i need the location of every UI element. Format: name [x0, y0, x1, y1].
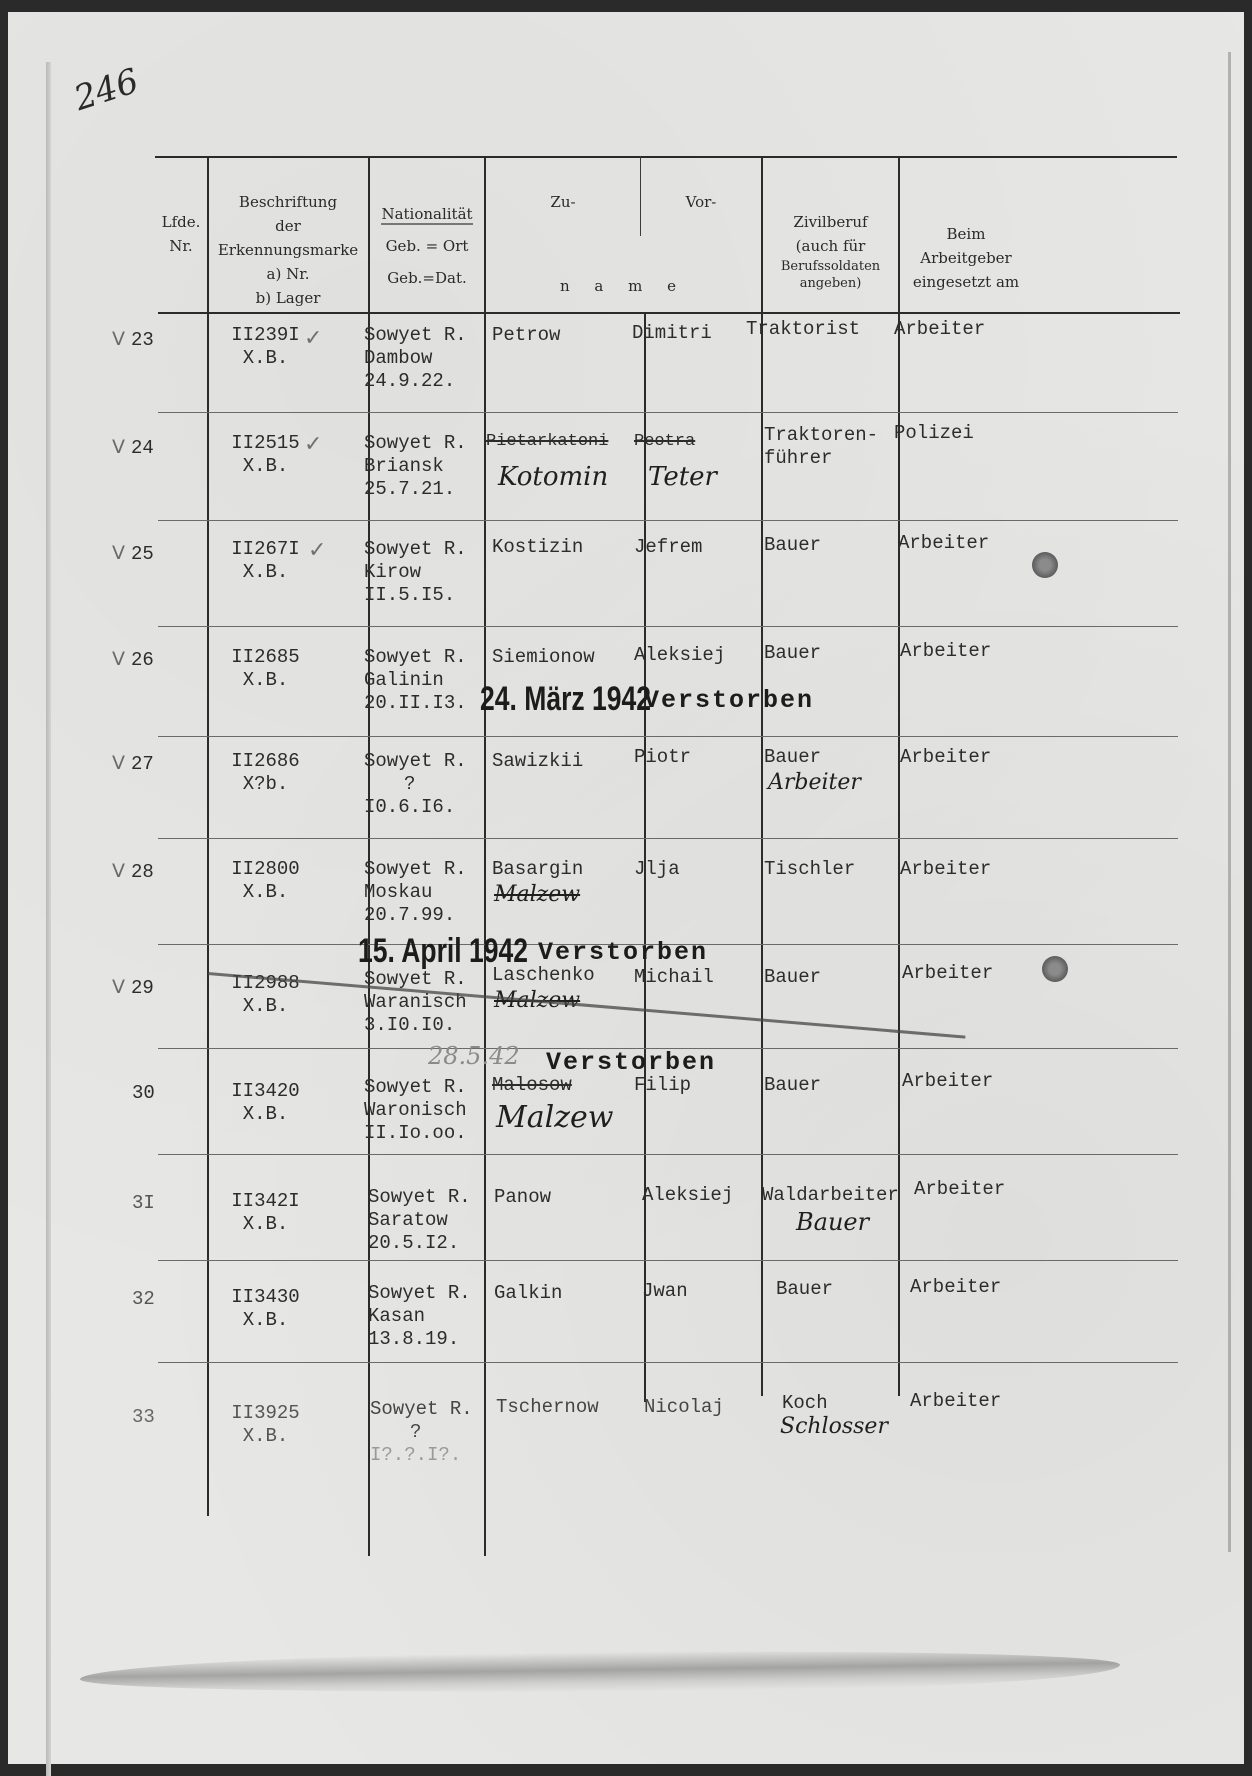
row-number: 33 — [132, 1406, 155, 1429]
row-number: V27 — [112, 752, 154, 776]
surname-cell: Basargin — [492, 858, 583, 881]
employer-cell: Arbeiter — [910, 1390, 1001, 1413]
surname-cell: Sawizkii — [492, 750, 583, 773]
nationality-cell: Sowyet R.Briansk25.7.21. — [364, 432, 467, 501]
row-number: V29 — [112, 976, 154, 1000]
row-separator — [158, 1362, 1178, 1363]
firstname-cell: Filip — [634, 1074, 691, 1097]
document-page: 246 Lfde. Nr. Beschriftung der Erkennung… — [8, 12, 1244, 1764]
firstname-cell: Michail — [634, 966, 714, 989]
firstname-cell: Nicolaj — [644, 1396, 724, 1419]
header-nationalitaet: Nationalität Geb. = Ort Geb.=Dat. — [370, 202, 484, 290]
col-divider-4 — [644, 312, 646, 1402]
occupation-handwritten: Arbeiter — [768, 770, 861, 795]
firstname-cell: Dimitri — [632, 322, 712, 345]
row-number: 30 — [132, 1082, 155, 1105]
employer-cell: Arbeiter — [910, 1276, 1001, 1299]
occupation-cell: Bauer — [776, 1278, 833, 1301]
firstname-struck: Peotra — [634, 430, 695, 453]
header-arbeitgeber: Beim Arbeitgeber eingesetzt am — [900, 222, 1032, 294]
deceased-stamp: Verstorben — [538, 938, 708, 967]
surname-cell: Panow — [494, 1186, 551, 1209]
nationality-cell: Sowyet R.Dambow24.9.22. — [364, 324, 467, 393]
check-icon: ✓ — [304, 432, 322, 457]
header-vorname: Vor- — [642, 190, 760, 214]
nationality-cell: Sowyet R.Moskau20.7.99. — [364, 858, 467, 927]
employer-cell: Arbeiter — [902, 1070, 993, 1093]
occupation-cell: Bauer — [764, 746, 821, 769]
header-zu-vor-divider — [640, 156, 641, 236]
scan-smudge — [80, 1645, 1120, 1700]
death-date-stamp: 24. März 1942 — [480, 680, 651, 719]
header-erkennungsmarke: Beschriftung der Erkennungsmarke a) Nr. … — [208, 190, 368, 310]
nationality-cell: Sowyet R.WaronischII.Io.oo. — [364, 1076, 467, 1145]
marke-cell: II3420X.B. — [208, 1080, 323, 1126]
occupation-cell: Bauer — [764, 966, 821, 989]
nationality-cell: Sowyet R.KirowII.5.I5. — [364, 538, 467, 607]
row-separator — [158, 1154, 1178, 1155]
header-bottom-rule — [158, 312, 1180, 314]
nationality-cell: Sowyet R.Saratow20.5.I2. — [368, 1186, 471, 1255]
firstname-cell: Aleksiej — [642, 1184, 733, 1207]
surname-cell: Galkin — [494, 1282, 562, 1305]
col-divider-6 — [898, 156, 900, 1396]
marke-cell: II2686X?b. — [208, 750, 323, 796]
employer-cell: Arbeiter — [900, 746, 991, 769]
col-divider-5 — [761, 156, 763, 1396]
firstname-cell: Aleksiej — [634, 644, 725, 667]
col-divider-3 — [484, 156, 486, 1556]
surname-cell: Petrow — [492, 324, 560, 347]
firstname-cell: Jlja — [634, 858, 680, 881]
surname-cell: Laschenko — [492, 964, 595, 987]
row-number: V26 — [112, 648, 154, 672]
occupation-cell: Waldarbeiter — [762, 1184, 899, 1207]
employer-cell: Arbeiter — [900, 640, 991, 663]
check-icon: ✓ — [304, 326, 322, 351]
nationality-cell: Sowyet R.Galinin20.II.I3. — [364, 646, 467, 715]
surname-struck: Pietarkatoni — [486, 430, 608, 453]
row-separator — [158, 736, 1178, 737]
occupation-cell: Bauer — [764, 1074, 821, 1097]
surname-cell: Tschernow — [496, 1396, 599, 1419]
employer-cell: Arbeiter — [898, 532, 989, 555]
row-separator — [158, 838, 1178, 839]
marke-cell: II3925X.B. — [208, 1402, 323, 1448]
row-number: 3I — [132, 1192, 155, 1215]
surname-handwritten-struck: Malzew — [494, 882, 580, 907]
punch-hole — [1032, 552, 1058, 578]
occupation-cell: Koch — [782, 1392, 828, 1415]
employer-cell: Arbeiter — [914, 1178, 1005, 1201]
deceased-stamp: Verstorben — [644, 686, 814, 715]
nationality-cell: Sowyet R.?I?.?.I?. — [370, 1398, 473, 1467]
page-edge-left — [46, 62, 51, 1776]
marke-cell: II3430X.B. — [208, 1286, 323, 1332]
header-lfd-nr: Lfde. Nr. — [156, 210, 206, 258]
marke-cell: II2685X.B. — [208, 646, 323, 692]
row-separator — [158, 520, 1178, 521]
occupation-cell: Bauer — [764, 534, 821, 557]
occupation-cell: Bauer — [764, 642, 821, 665]
folio-number: 246 — [69, 61, 143, 119]
firstname-handwritten: Teter — [648, 462, 717, 492]
row-number: V23 — [112, 328, 154, 352]
occupation-cell: Traktoren- führer — [764, 424, 878, 470]
occupation-handwritten: Bauer — [796, 1208, 869, 1236]
row-separator — [158, 626, 1178, 627]
page-edge-right — [1228, 52, 1231, 1552]
firstname-cell: Jefrem — [634, 536, 702, 559]
occupation-cell: Tischler — [764, 858, 855, 881]
table-top-rule — [155, 156, 1177, 158]
employer-cell: Arbeiter — [900, 858, 991, 881]
header-zuname: Zu- — [486, 190, 640, 214]
surname-handwritten: Malzew — [496, 1100, 613, 1135]
header-name: n a m e — [486, 274, 760, 298]
deceased-stamp: Verstorben — [546, 1048, 716, 1077]
firstname-cell: Jwan — [642, 1280, 688, 1303]
occupation-cell: Traktorist — [746, 318, 860, 341]
row-number: V24 — [112, 436, 154, 460]
death-date-pencil: 28.5.42 — [428, 1042, 520, 1070]
marke-cell: II342IX.B. — [208, 1190, 323, 1236]
row-separator — [158, 1260, 1178, 1261]
row-separator — [158, 412, 1178, 413]
occupation-handwritten: Schlosser — [780, 1414, 888, 1439]
check-icon: ✓ — [308, 538, 326, 563]
employer-cell: Polizei — [894, 422, 974, 445]
row-number: V25 — [112, 542, 154, 566]
surname-cell: Kostizin — [492, 536, 583, 559]
nationality-cell: Sowyet R.Kasan13.8.19. — [368, 1282, 471, 1351]
surname-handwritten: Kotomin — [498, 462, 608, 492]
marke-cell: II2800X.B. — [208, 858, 323, 904]
row-number: V28 — [112, 860, 154, 884]
employer-cell: Arbeiter — [894, 318, 985, 341]
employer-cell: Arbeiter — [902, 962, 993, 985]
nationality-cell: Sowyet R.Waranisch3.I0.I0. — [364, 968, 467, 1037]
row-number: 32 — [132, 1288, 155, 1311]
firstname-cell: Piotr — [634, 746, 691, 769]
marke-cell: II267IX.B. — [208, 538, 323, 584]
punch-hole — [1042, 956, 1068, 982]
header-zivilberuf: Zivilberuf (auch für Berufssoldaten ange… — [763, 210, 898, 292]
surname-struck: Malosow — [492, 1074, 572, 1097]
nationality-cell: Sowyet R.?I0.6.I6. — [364, 750, 467, 819]
surname-cell: Siemionow — [492, 646, 595, 669]
